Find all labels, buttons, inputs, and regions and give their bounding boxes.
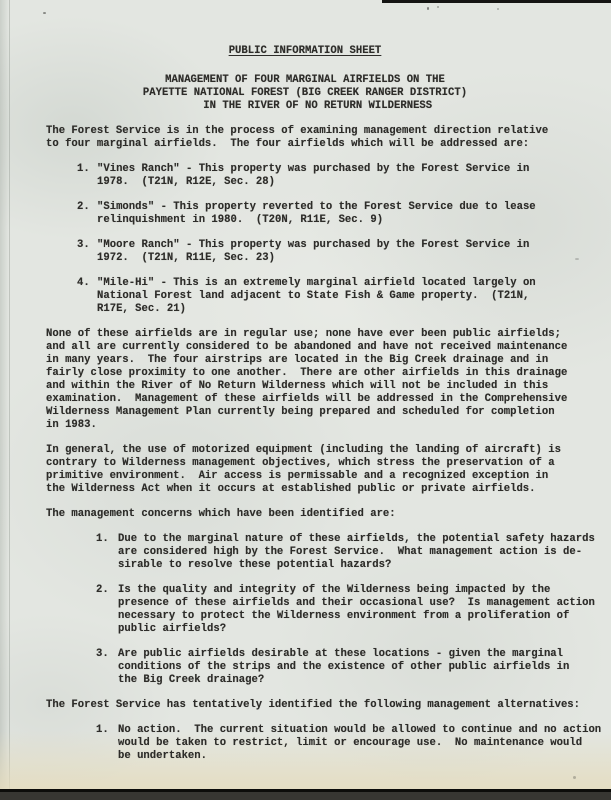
concerns-list: 1. Due to the marginal nature of these a… [46,533,591,687]
intro-paragraph: The Forest Service is in the process of … [46,125,591,151]
list-number: 1. [96,724,118,763]
concern-item-2: 2. Is the quality and integrity of the W… [46,584,591,636]
usage-paragraph: None of these airfields are in regular u… [46,328,591,432]
list-item-text: No action. The current situation would b… [118,724,601,763]
document-title: MANAGEMENT OF FOUR MARGINAL AIRFIELDS ON… [46,74,564,113]
alternative-item-1: 1. No action. The current situation woul… [46,724,591,763]
alternatives-list: 1. No action. The current situation woul… [46,724,591,763]
document-body: PUBLIC INFORMATION SHEET MANAGEMENT OF F… [0,0,611,763]
scanned-document-page: PUBLIC INFORMATION SHEET MANAGEMENT OF F… [0,0,611,800]
list-item-text: Is the quality and integrity of the Wild… [118,584,595,636]
scan-edge-top-right [382,0,611,3]
list-number: 1. [96,533,118,572]
airfield-item-4: 4. "Mile-Hi" - This is an extremely marg… [46,277,591,316]
concerns-intro: The management concerns which have been … [46,508,591,521]
list-item-text: "Simonds" - This property reverted to th… [97,201,536,227]
list-item-text: Due to the marginal nature of these airf… [118,533,595,572]
scan-speck [427,7,429,10]
scan-speck [437,6,439,8]
scan-speck [575,258,579,260]
list-number: 3. [77,239,97,265]
concern-item-3: 3. Are public airfields desirable at the… [46,648,591,687]
scan-speck [573,776,576,779]
list-item-text: "Moore Ranch" - This property was purcha… [97,239,529,265]
alternatives-intro: The Forest Service has tentatively ident… [46,699,591,712]
airfield-item-3: 3. "Moore Ranch" - This property was pur… [46,239,591,265]
airfield-item-2: 2. "Simonds" - This property reverted to… [46,201,591,227]
general-policy-paragraph: In general, the use of motorized equipme… [46,444,591,496]
list-number: 2. [96,584,118,636]
list-number: 4. [77,277,97,316]
scan-edge-bottom [0,789,611,800]
list-number: 1. [77,163,97,189]
airfield-item-1: 1. "Vines Ranch" - This property was pur… [46,163,591,189]
scan-speck [43,12,46,14]
list-item-text: Are public airfields desirable at these … [118,648,569,687]
airfield-list: 1. "Vines Ranch" - This property was pur… [46,163,591,316]
concern-item-1: 1. Due to the marginal nature of these a… [46,533,591,572]
list-item-text: "Vines Ranch" - This property was purcha… [97,163,529,189]
document-heading: PUBLIC INFORMATION SHEET [46,45,564,58]
list-number: 2. [77,201,97,227]
scan-speck [497,8,499,10]
list-item-text: "Mile-Hi" - This is an extremely margina… [97,277,536,316]
list-number: 3. [96,648,118,687]
